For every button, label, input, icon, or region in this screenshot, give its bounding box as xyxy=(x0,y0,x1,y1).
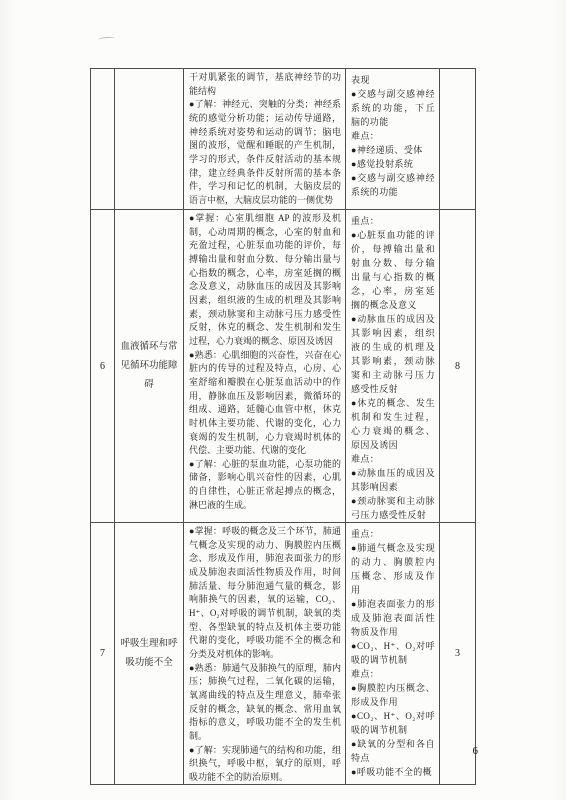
paragraph: ●熟悉：肺通气及肺换气的原理，肺内压；肺换气过程，二氧化碳的运输，氧离曲线的特点… xyxy=(189,662,341,744)
page-number: 6 xyxy=(473,745,479,757)
table-row-6: 6 血液循环与常见循环功能障碍 ●掌握：心室肌细胞 AP 的波形及机制，心动周期… xyxy=(91,210,476,523)
row-number-cell xyxy=(91,69,115,210)
paragraph: ●动脉血压的成因及其影响因素，组织液的生成的机理及其影响素，颈动脉窦和主动脉弓压… xyxy=(351,312,435,396)
hours-cell xyxy=(440,69,476,210)
topic-cell: 呼吸生理和呼吸功能不全 xyxy=(115,523,184,785)
content-cell: ●掌握：心室肌细胞 AP 的波形及机制，心动周期的概念，心室的射血和充盈过程，心… xyxy=(184,210,346,523)
paragraph: 重点： xyxy=(351,527,435,541)
paragraph: 干对肌紧张的调节，基底神经节的功能结构 xyxy=(189,71,341,98)
hours-cell: 3 xyxy=(440,523,476,785)
paragraph: ●肺通气概念及实现的动力、胸膜腔内压概念、形成及作用 xyxy=(351,541,435,597)
topic-cell xyxy=(115,69,184,210)
hours-cell: 8 xyxy=(440,210,476,523)
paragraph: ●缺氧的分型和各自特点 xyxy=(351,737,435,765)
paragraph: ●心脏泵血功能的评价，每搏输出量和射血分数、每分输出量与心指数的概念，心率，房室… xyxy=(351,228,435,312)
content-cell: 干对肌紧张的调节，基底神经节的功能结构●了解：神经元、突触的分类；神经系统的感觉… xyxy=(184,69,346,210)
keypoints-cell: 表现●交感与副交感神经系统的功能，下丘脑的功能难点：●神经递质、受体●感觉投射系… xyxy=(346,69,440,210)
paragraph: ●CO₂、H⁺、O₂对呼吸的调节机制 xyxy=(351,709,435,737)
paragraph: ●掌握：呼吸的概念及三个环节，肺通气概念及实现的动力、胸膜腔内压概念、形成及作用… xyxy=(189,525,341,662)
table-row-continuation: 干对肌紧张的调节，基底神经节的功能结构●了解：神经元、突触的分类；神经系统的感觉… xyxy=(91,69,476,210)
paragraph: ●动脉血压的成因及其影响因素 xyxy=(351,466,435,494)
paragraph: ●休克的概念、发生机制和发生过程，心力衰竭的概念、原因及诱因 xyxy=(351,396,435,452)
paragraph: ●交感与副交感神经系统的功能，下丘脑的功能 xyxy=(351,87,435,129)
syllabus-table: 干对肌紧张的调节，基底神经节的功能结构●了解：神经元、突触的分类；神经系统的感觉… xyxy=(90,68,476,785)
paragraph: 难点： xyxy=(351,129,435,143)
paragraph: ●了解：心脏的泵血功能，心泵功能的储备，影响心肌兴奋性的因素，心肌的自律性，心脏… xyxy=(189,458,341,513)
paragraph: ●了解：实现肺通气的结构和功能，组织换气，呼吸中枢，氧疗的原则，呼吸功能不全的防… xyxy=(189,744,341,785)
paragraph: ●胸膜腔内压概念、形成及作用 xyxy=(351,681,435,709)
paragraph: 难点： xyxy=(351,667,435,681)
paragraph: ●掌握：心室肌细胞 AP 的波形及机制，心动周期的概念，心室的射血和充盈过程，心… xyxy=(189,212,341,349)
content-cell: ●掌握：呼吸的概念及三个环节，肺通气概念及实现的动力、胸膜腔内压概念、形成及作用… xyxy=(184,523,346,785)
document-page: 干对肌紧张的调节，基底神经节的功能结构●了解：神经元、突触的分类；神经系统的感觉… xyxy=(0,0,566,800)
keypoints-cell: 重点：●肺通气概念及实现的动力、胸膜腔内压概念、形成及作用●肺泡表面张力的形成及… xyxy=(346,523,440,785)
row-number-cell: 6 xyxy=(91,210,115,523)
paragraph: 难点： xyxy=(351,452,435,466)
paragraph: ●呼吸功能不全的概 xyxy=(351,765,435,779)
topic-cell: 血液循环与常见循环功能障碍 xyxy=(115,210,184,523)
paragraph: ●神经递质、受体 xyxy=(351,143,435,157)
paragraph: 表现 xyxy=(351,73,435,87)
paragraph: ●交感与副交感神经系统的功能 xyxy=(351,171,435,199)
paragraph: 重点： xyxy=(351,214,435,228)
row-number-cell: 7 xyxy=(91,523,115,785)
paragraph: ●了解：神经元、突触的分类；神经系统的感觉分析功能；运动传导通路，神经系统对姿势… xyxy=(189,98,341,207)
keypoints-cell: 重点：●心脏泵血功能的评价，每搏输出量和射血分数、每分输出量与心指数的概念，心率… xyxy=(346,210,440,523)
table-row-7: 7 呼吸生理和呼吸功能不全 ●掌握：呼吸的概念及三个环节，肺通气概念及实现的动力… xyxy=(91,523,476,785)
paragraph: ●感觉投射系统 xyxy=(351,157,435,171)
paragraph: ●颈动脉窦和主动脉弓压力感受性反射 xyxy=(351,494,435,522)
paragraph: ●CO₂、H⁺、O₂对呼吸的调节机制 xyxy=(351,639,435,667)
paragraph: ●熟悉：心肌细胞的兴奋性，兴奋在心脏内的传导的过程及特点，心房、心室舒缩和瓣膜在… xyxy=(189,349,341,458)
paragraph: ●肺泡表面张力的形成及肺泡表面活性物质及作用 xyxy=(351,597,435,639)
pencil-stray-mark xyxy=(98,36,115,42)
